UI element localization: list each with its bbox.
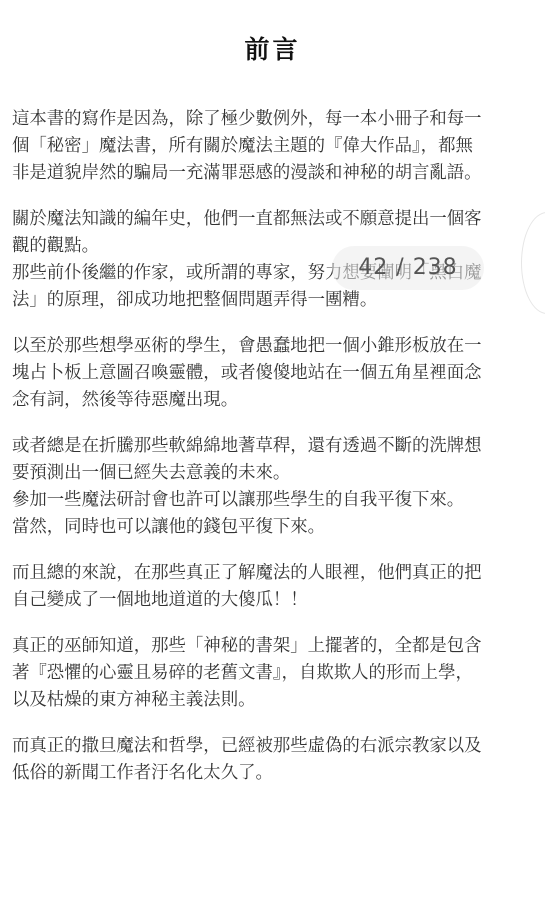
text-line: 非是道貌岸然的騙局一充滿罪惡感的漫談和神秘的胡言亂語。 [12, 160, 534, 187]
paragraph-1: 這本書的寫作是因為，除了極少數例外，每一本小冊子和每一 個「秘密」魔法書，所有關… [12, 106, 534, 187]
text-line: 真正的巫師知道，那些「神秘的書架」上擺著的，全都是包含 [12, 633, 534, 660]
paragraph-7: 而真正的撒旦魔法和哲學，已經被那些虛偽的右派宗教家以及 低俗的新聞工作者汙名化太… [12, 733, 534, 787]
text-line: 法」的原理，卻成功地把整個問題弄得一團糟。 [12, 287, 534, 314]
text-line: 念有詞，然後等待惡魔出現。 [12, 387, 534, 414]
chapter-title: 前言 [0, 30, 545, 66]
text-line: 當然，同時也可以讓他的錢包平復下來。 [12, 514, 534, 541]
text-line: 個「秘密」魔法書，所有關於魔法主題的『偉大作品』，都無 [12, 133, 534, 160]
text-line: 以及枯燥的東方神秘主義法則。 [12, 687, 534, 714]
chapter-body: 這本書的寫作是因為，除了極少數例外，每一本小冊子和每一 個「秘密」魔法書，所有關… [12, 106, 534, 806]
text-line: 著『恐懼的心靈且易碎的老舊文書』，自欺欺人的形而上學， [12, 660, 534, 687]
text-line: 參加一些魔法研討會也許可以讓那些學生的自我平復下來。 [12, 487, 534, 514]
paragraph-4: 或者總是在折騰那些軟綿綿地蓍草稈，還有透過不斷的洗牌想 要預測出一個已經失去意義… [12, 433, 534, 541]
text-line: 而真正的撒旦魔法和哲學，已經被那些虛偽的右派宗教家以及 [12, 733, 534, 760]
text-line: 以至於那些想學巫術的學生，會愚蠢地把一個小錐形板放在一 [12, 333, 534, 360]
reader-page[interactable]: 前言 這本書的寫作是因為，除了極少數例外，每一本小冊子和每一 個「秘密」魔法書，… [0, 0, 545, 900]
text-line: 而且總的來說，在那些真正了解魔法的人眼裡，他們真正的把 [12, 560, 534, 587]
text-line: 塊占卜板上意圖召喚靈體，或者傻傻地站在一個五角星裡面念 [12, 360, 534, 387]
text-line: 要預測出一個已經失去意義的未來。 [12, 460, 534, 487]
text-line: 低俗的新聞工作者汙名化太久了。 [12, 760, 534, 787]
text-line: 關於魔法知識的編年史，他們一直都無法或不願意提出一個客 [12, 206, 534, 233]
paragraph-3: 以至於那些想學巫術的學生，會愚蠢地把一個小錐形板放在一 塊占卜板上意圖召喚靈體，… [12, 333, 534, 414]
page-indicator: 42 / 238 [332, 246, 484, 290]
text-line: 或者總是在折騰那些軟綿綿地蓍草稈，還有透過不斷的洗牌想 [12, 433, 534, 460]
paragraph-5: 而且總的來說，在那些真正了解魔法的人眼裡，他們真正的把 自己變成了一個地地道道的… [12, 560, 534, 614]
paragraph-6: 真正的巫師知道，那些「神秘的書架」上擺著的，全都是包含 著『恐懼的心靈且易碎的老… [12, 633, 534, 714]
text-line: 這本書的寫作是因為，除了極少數例外，每一本小冊子和每一 [12, 106, 534, 133]
text-line: 自己變成了一個地地道道的大傻瓜！！ [12, 587, 534, 614]
